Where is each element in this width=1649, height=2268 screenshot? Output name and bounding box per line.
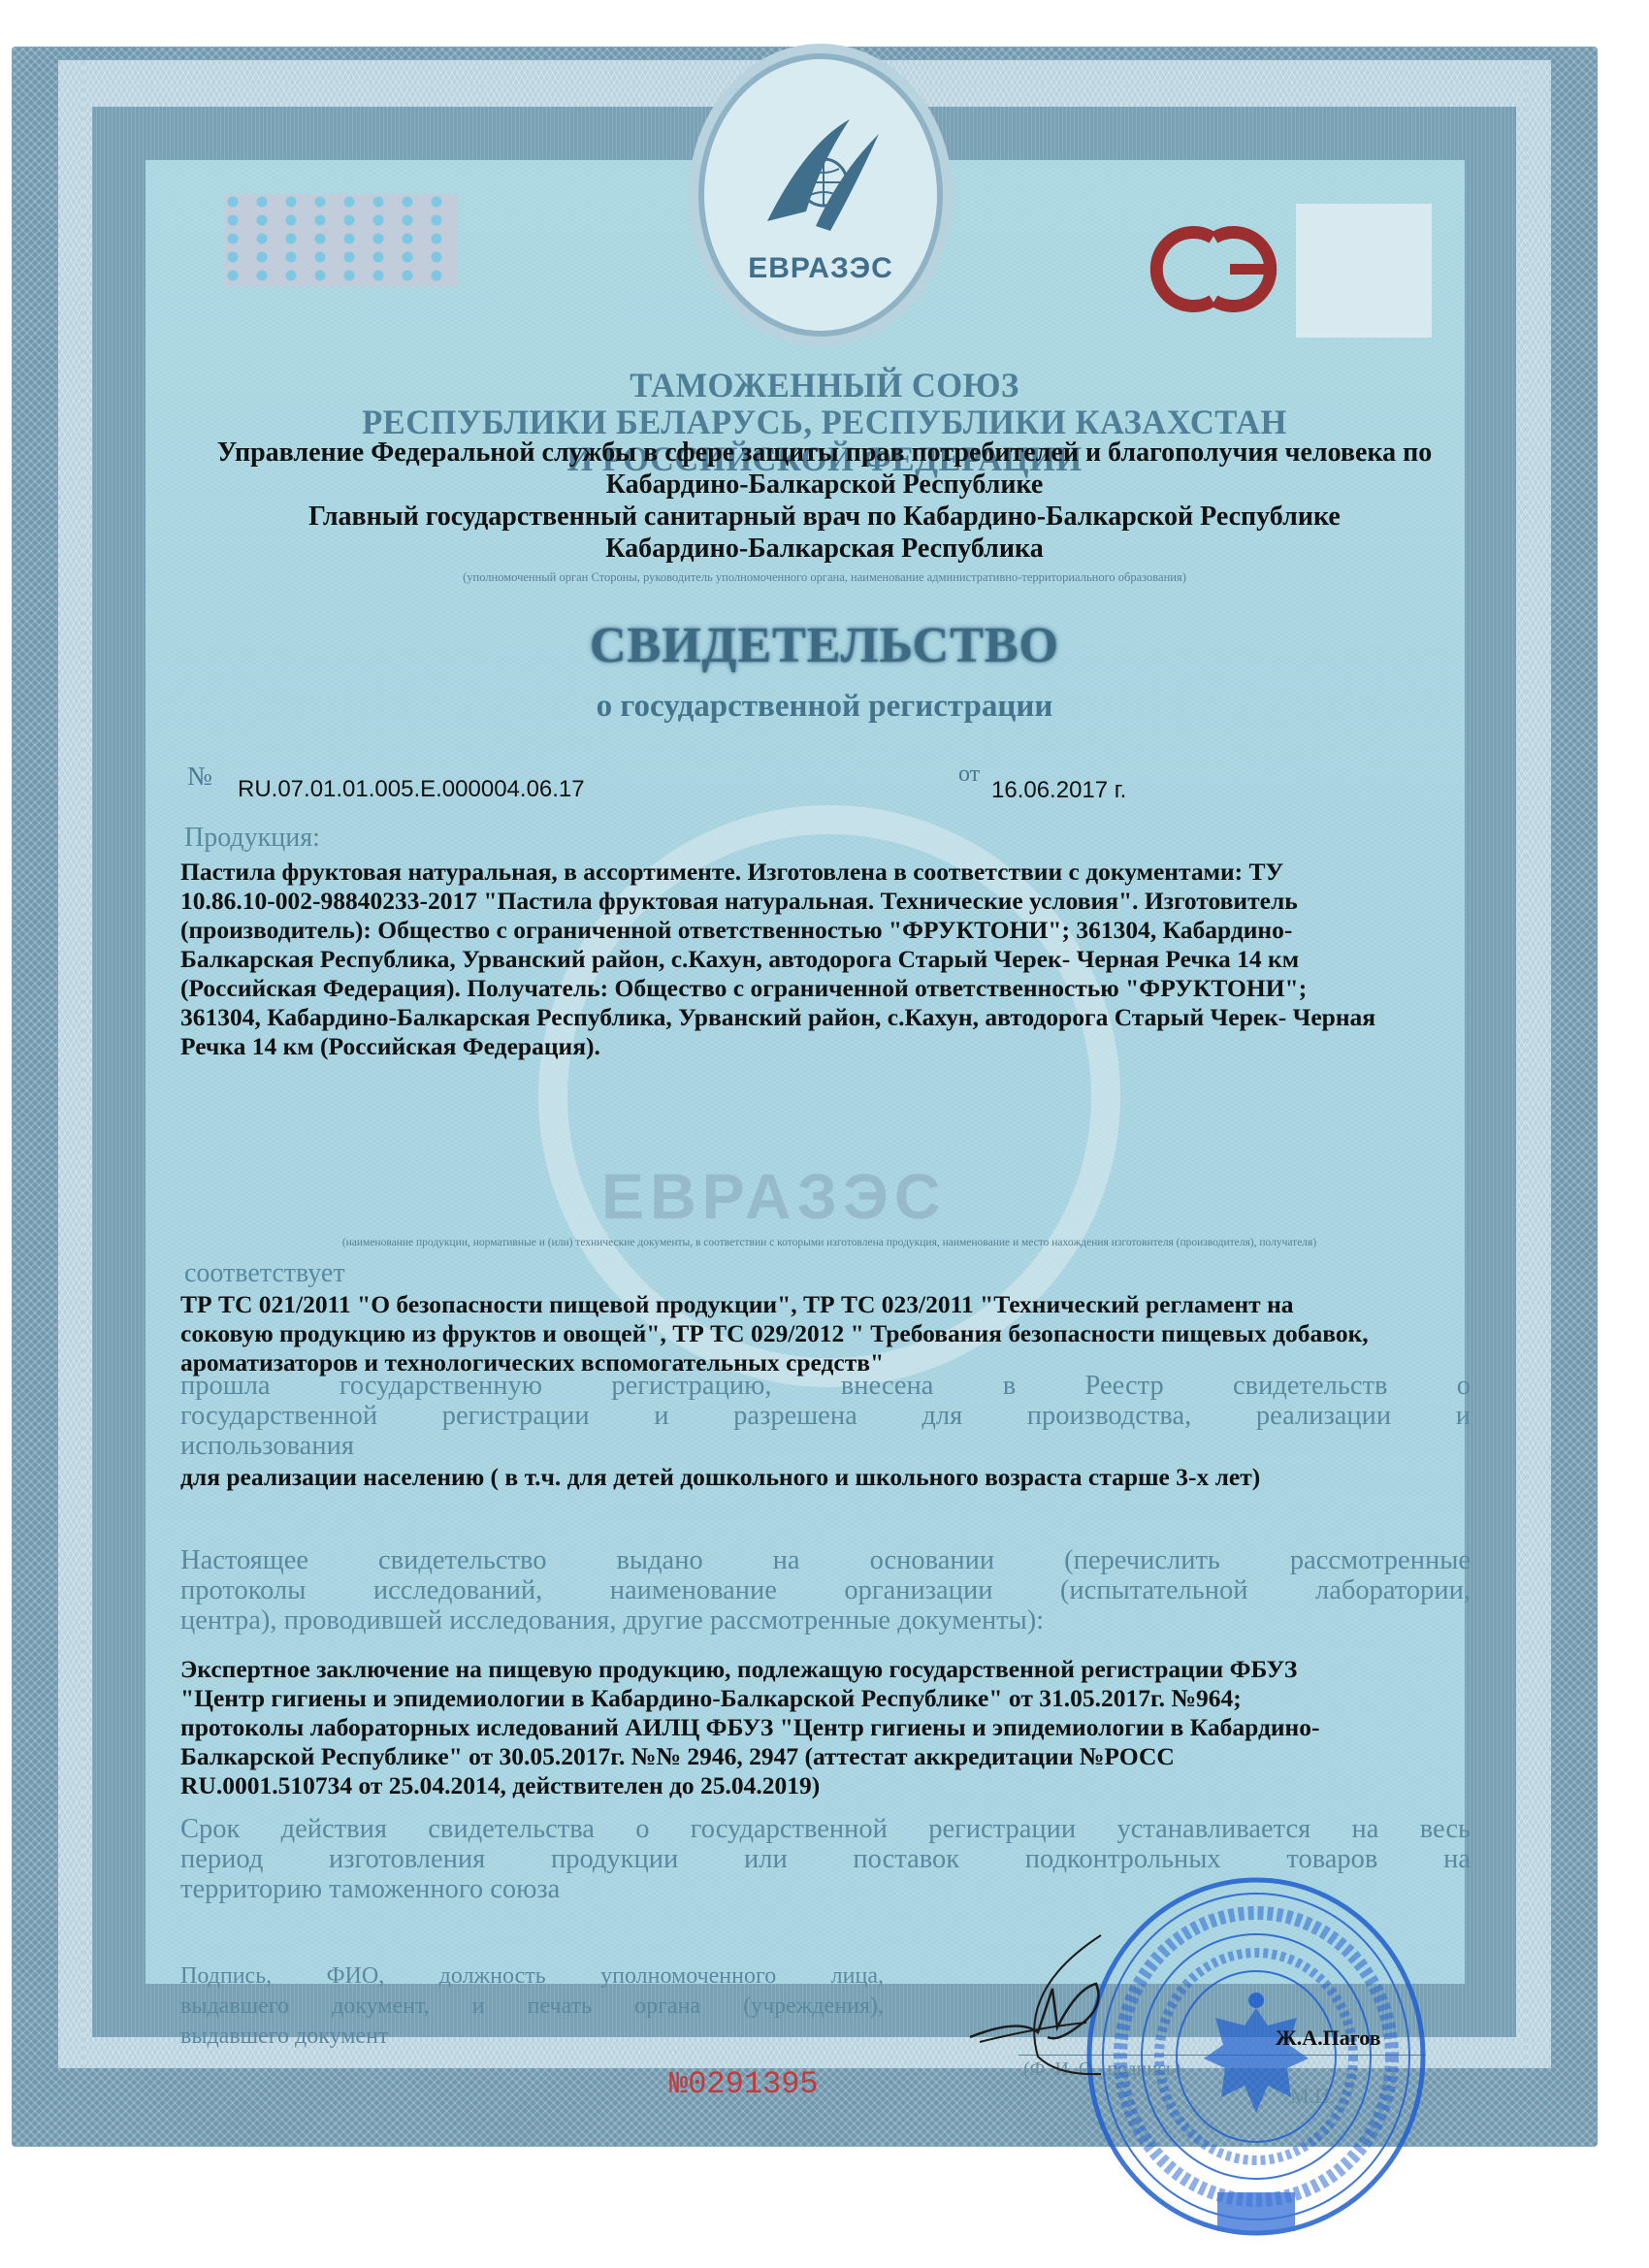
basis-label: Настоящее свидетельство выдано на основа… bbox=[180, 1545, 1471, 1636]
registration-line: прошла государственную регистрацию, внес… bbox=[180, 1371, 1471, 1401]
basis-line: RU.0001.510734 от 25.04.2014, действител… bbox=[180, 1771, 1480, 1800]
number-label: № bbox=[187, 761, 212, 792]
regulation-line: соковую продукцию из фруктов и овощей", … bbox=[180, 1319, 1500, 1348]
handwritten-signature-icon bbox=[960, 1930, 1203, 2076]
authority-line: Управление Федеральной службы в сфере за… bbox=[145, 437, 1503, 469]
product-label: Продукция: bbox=[184, 823, 320, 854]
certificate-date: 16.06.2017 г. bbox=[991, 777, 1126, 804]
certificate-subtitle: о государственной регистрации bbox=[145, 689, 1503, 725]
authority-line: Главный государственный санитарный врач … bbox=[145, 501, 1503, 533]
product-description: Пастила фруктовая натуральная, в ассорти… bbox=[180, 858, 1480, 1061]
authority-caption: (уполномоченный орган Стороны, руководит… bbox=[145, 570, 1503, 585]
product-caption: (наименование продукции, нормативные и (… bbox=[170, 1237, 1489, 1248]
basis-label-line: центра), проводившей исследования, други… bbox=[180, 1605, 1471, 1636]
basis-line: Экспертное заключение на пищевую продукц… bbox=[180, 1655, 1480, 1684]
registration-line: использования bbox=[180, 1431, 1471, 1461]
regulation-line: ТР ТС 021/2011 "О безопасности пищевой п… bbox=[180, 1290, 1500, 1319]
basis-line: Балкарской Республике" от 30.05.2017г. №… bbox=[180, 1742, 1480, 1771]
validity-line: Срок действия свидетельства о государств… bbox=[180, 1814, 1471, 1844]
basis-label-line: протоколы исследований, наименование орг… bbox=[180, 1575, 1471, 1605]
issuing-authority: Управление Федеральной службы в сфере за… bbox=[145, 437, 1503, 565]
basis-documents: Экспертное заключение на пищевую продукц… bbox=[180, 1655, 1480, 1800]
product-line: Речка 14 км (Российская Федерация). bbox=[180, 1032, 1480, 1061]
certificate-title: СВИДЕТЕЛЬСТВО bbox=[145, 617, 1503, 674]
product-line: 361304, Кабардино-Балкарская Республика,… bbox=[180, 1003, 1480, 1032]
usage-scope: для реализации населению ( в т.ч. для де… bbox=[180, 1463, 1260, 1492]
product-line: (производитель): Общество с ограниченной… bbox=[180, 916, 1480, 945]
compliance-regulations: ТР ТС 021/2011 "О безопасности пищевой п… bbox=[180, 1290, 1500, 1377]
union-line: ТАМОЖЕННЫЙ СОЮЗ bbox=[173, 367, 1476, 404]
authority-line: Кабардино-Балкарской Республике bbox=[145, 469, 1503, 501]
compliance-label: соответствует bbox=[184, 1258, 345, 1289]
product-line: (Российская Федерация). Получатель: Обще… bbox=[180, 974, 1480, 1003]
signature-caption-line: выдавшего документ bbox=[180, 2022, 884, 2052]
signer-name: Ж.А.Пагов bbox=[1276, 2025, 1381, 2051]
basis-label-line: Настоящее свидетельство выдано на основа… bbox=[180, 1545, 1471, 1575]
signature-caption: Подпись, ФИО, должность уполномоченного … bbox=[180, 1961, 884, 2052]
basis-line: "Центр гигиены и эпидемиологии в Кабарди… bbox=[180, 1684, 1480, 1713]
certificate-number: RU.07.01.01.005.Е.000004.06.17 bbox=[238, 776, 585, 803]
basis-line: протоколы лабораторных иследований АИЛЦ … bbox=[180, 1713, 1480, 1742]
union-line: РЕСПУБЛИКИ БЕЛАРУСЬ, РЕСПУБЛИКИ КАЗАХСТА… bbox=[173, 404, 1476, 440]
product-line: Балкарская Республика, Урванский район, … bbox=[180, 945, 1480, 974]
blank-serial-number: №0291395 bbox=[669, 2066, 819, 2102]
validity-line: период изготовления продукции или постав… bbox=[180, 1844, 1471, 1874]
product-line: Пастила фруктовая натуральная, в ассорти… bbox=[180, 858, 1480, 887]
registration-statement: прошла государственную регистрацию, внес… bbox=[180, 1371, 1471, 1461]
authority-line: Кабардино-Балкарская Республика bbox=[145, 533, 1503, 565]
registration-line: государственной регистрации и разрешена … bbox=[180, 1401, 1471, 1431]
signature-caption-line: Подпись, ФИО, должность уполномоченного … bbox=[180, 1961, 884, 1992]
product-line: 10.86.10-002-98840233-2017 "Пастила фрук… bbox=[180, 887, 1480, 916]
signature-caption-line: выдавшего документ, и печать органа (учр… bbox=[180, 1992, 884, 2022]
date-label: от bbox=[958, 761, 980, 788]
